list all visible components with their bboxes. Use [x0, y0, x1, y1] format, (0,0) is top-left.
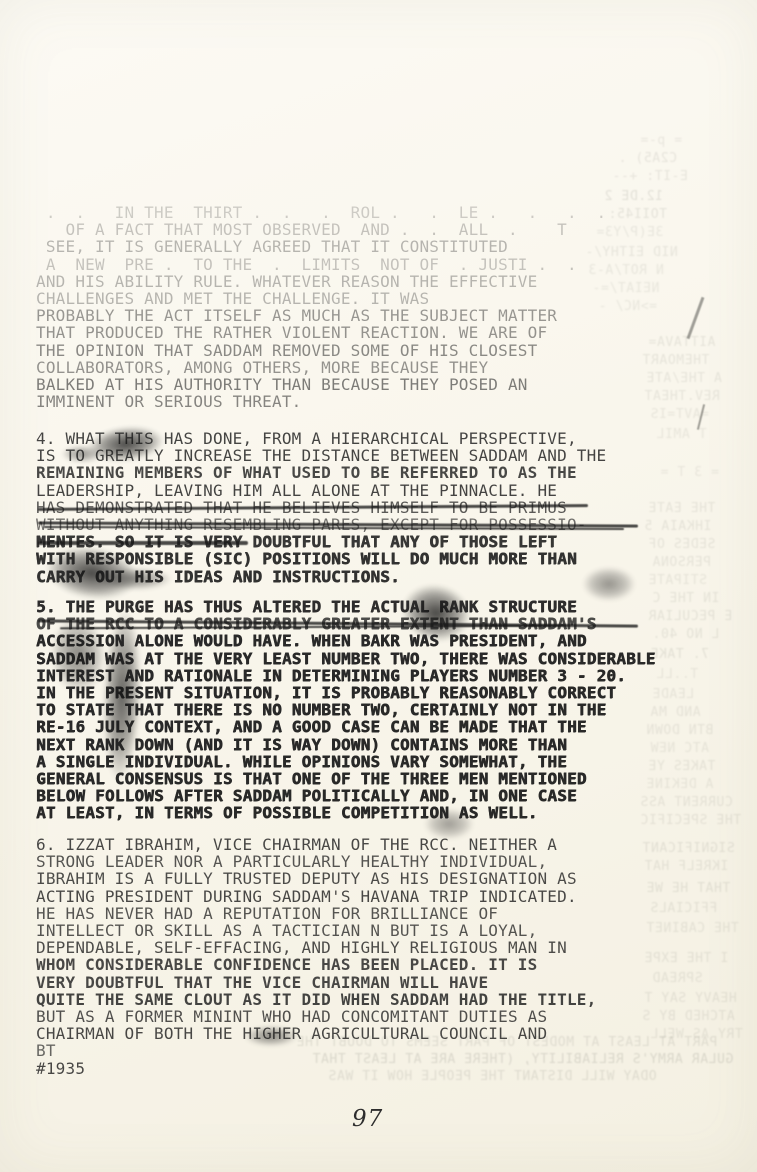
typewritten-line: AND HIS ABILITY RULE. WHATEVER REASON TH… [36, 273, 726, 290]
ink-smudge [58, 444, 106, 464]
typewritten-line: BALKED AT HIS AUTHORITY THAN BECAUSE THE… [36, 376, 726, 393]
typewritten-line: OF A FACT THAT MOST OBSERVED AND . . ALL… [36, 221, 726, 238]
typewritten-line: DEPENDABLE, SELF-EFFACING, AND HIGHLY RE… [36, 939, 726, 956]
typewritten-line: #1935 [36, 1060, 726, 1077]
ink-smudge [420, 806, 478, 842]
paragraph-3-continued: . . IN THE THIRT . . . ROL . . LE . . . … [36, 204, 726, 410]
paragraph-6: 6. IZZAT IBRAHIM, VICE CHAIRMAN OF THE R… [36, 836, 726, 1077]
typewritten-line: INTELLECT OR SKILL AS A TACTICIAN N BUT … [36, 922, 726, 939]
ink-smudge [240, 1024, 302, 1048]
typewritten-line: HE HAS NEVER HAD A REPUTATION FOR BRILLI… [36, 905, 726, 922]
typewritten-line: PROBABLY THE ACT ITSELF AS MUCH AS THE S… [36, 307, 726, 324]
typewritten-line: REMAINING MEMBERS OF WHAT USED TO BE REF… [36, 464, 726, 481]
ink-smudge [92, 566, 178, 592]
typewritten-line: VERY DOUBTFUL THAT THE VICE CHAIRMAN WIL… [36, 974, 726, 991]
typewritten-line: CHAIRMAN OF BOTH THE HIGHER AGRICULTURAL… [36, 1025, 726, 1042]
typewritten-line: QUITE THE SAME CLOUT AS IT DID WHEN SADD… [36, 991, 726, 1008]
typewritten-line: BT [36, 1042, 726, 1059]
typewritten-line: . . IN THE THIRT . . . ROL . . LE . . . … [36, 204, 726, 221]
typewritten-line: STRONG LEADER NOR A PARTICULARLY HEALTHY… [36, 853, 726, 870]
typewritten-line: ACTING PRESIDENT DURING SADDAM'S HAVANA … [36, 888, 726, 905]
typewritten-line: LEADERSHIP, LEAVING HIM ALL ALONE AT THE… [36, 482, 726, 499]
typewritten-line: CHALLENGES AND MET THE CHALLENGE. IT WAS [36, 290, 726, 307]
typewritten-line: GENERAL CONSENSUS IS THAT ONE OF THE THR… [36, 770, 726, 787]
typewritten-line: 6. IZZAT IBRAHIM, VICE CHAIRMAN OF THE R… [36, 836, 726, 853]
typewritten-line: BUT AS A FORMER MININT WHO HAD CONCOMITA… [36, 1008, 726, 1025]
typewritten-line: COLLABORATORS, AMONG OTHERS, MORE BECAUS… [36, 359, 726, 376]
typewritten-line: SEE, IT IS GENERALLY AGREED THAT IT CONS… [36, 238, 726, 255]
typewritten-line: WHOM CONSIDERABLE CONFIDENCE HAS BEEN PL… [36, 956, 726, 973]
typewritten-line: THAT PRODUCED THE RATHER VIOLENT REACTIO… [36, 324, 726, 341]
typewritten-line: AT LEAST, IN TERMS OF POSSIBLE COMPETITI… [36, 804, 726, 821]
typewritten-line: THE OPINION THAT SADDAM REMOVED SOME OF … [36, 342, 726, 359]
typewritten-line: IMMINENT OR SERIOUS THREAT. [36, 393, 726, 410]
typewritten-line: BELOW FOLLOWS AFTER SADDAM POLITICALLY A… [36, 787, 726, 804]
strikethrough-mark [38, 541, 248, 545]
typewritten-line: A SINGLE INDIVIDUAL. WHILE OPINIONS VARY… [36, 753, 726, 770]
typewritten-line: A NEW PRE . TO THE . LIMITS NOT OF . JUS… [36, 256, 726, 273]
scanned-document-page: = p-=C2A5) .E-IT: +--12.DE 2TOII45:3E(P/… [0, 0, 757, 1172]
ink-smudge [578, 564, 640, 604]
typewritten-line: IBRAHIM IS A FULLY TRUSTED DEPUTY AS HIS… [36, 870, 726, 887]
page-number: 97 [352, 1106, 383, 1132]
